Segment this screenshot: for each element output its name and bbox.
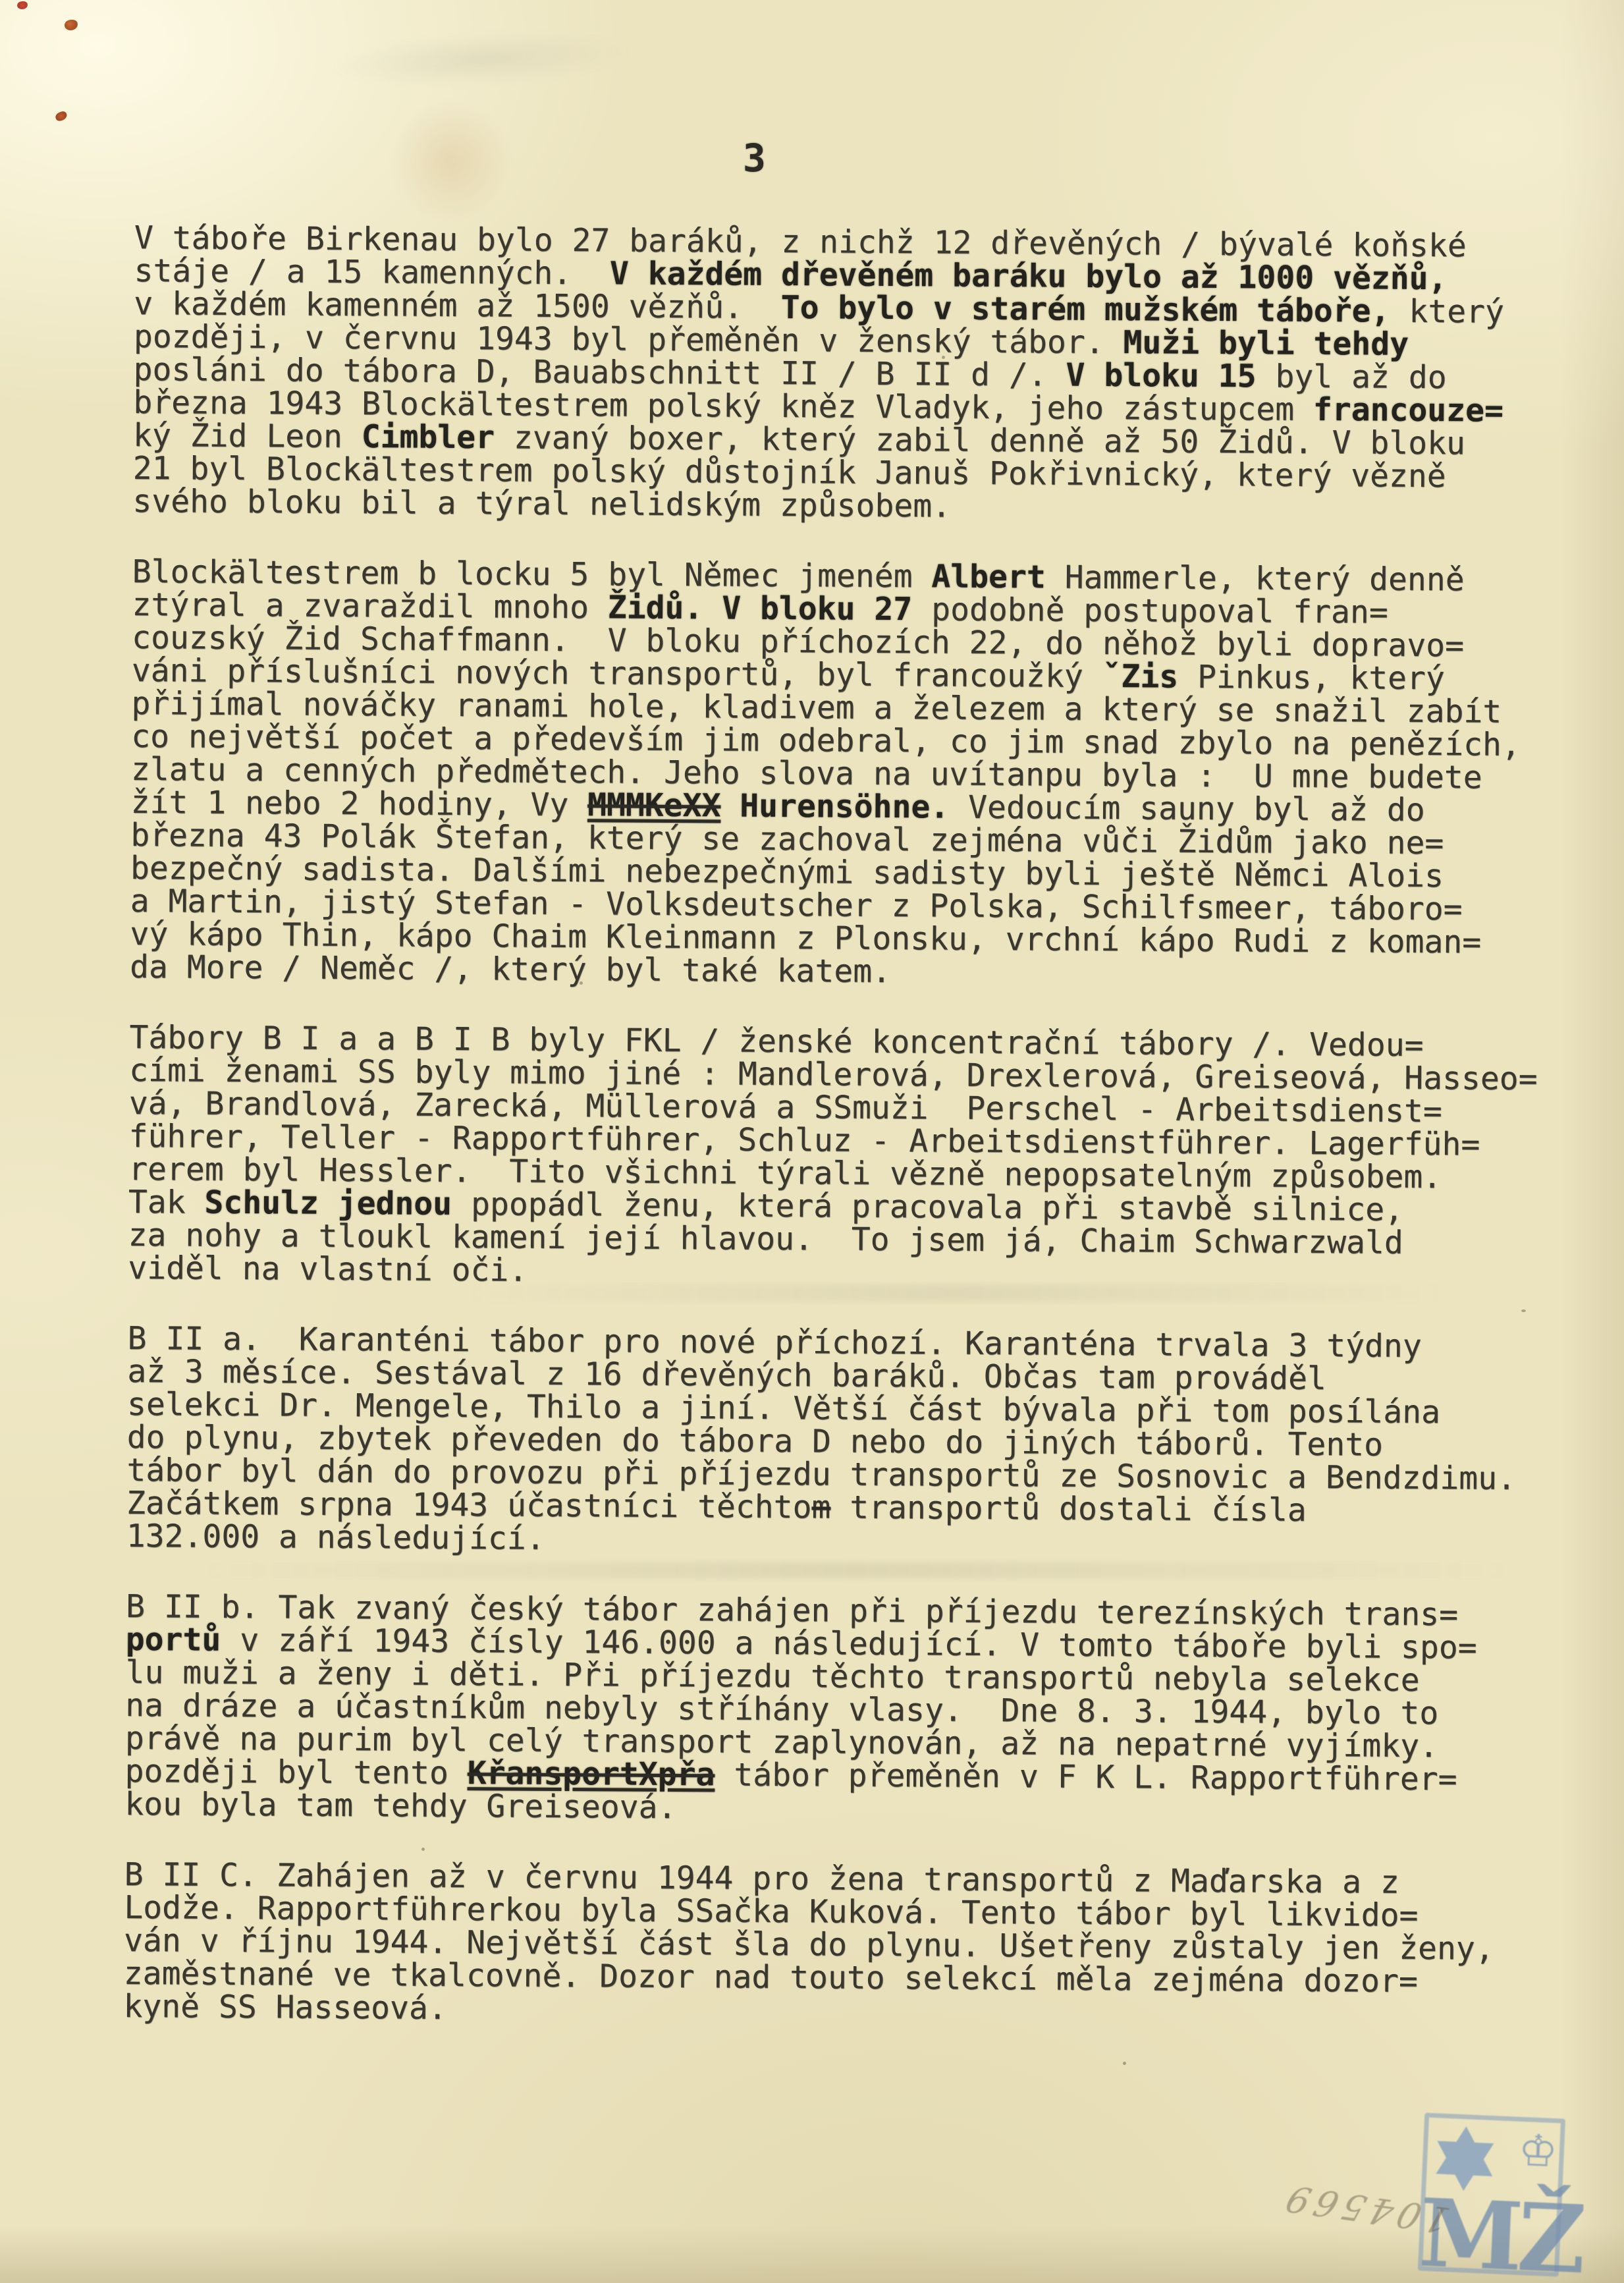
paper-stain bbox=[389, 99, 514, 224]
text-segment: transportů dostali čísla bbox=[830, 1489, 1307, 1528]
page-number: 3 bbox=[743, 136, 766, 180]
text-segment: da More / Neměc /, který byl také katem. bbox=[130, 949, 891, 990]
rust-speck bbox=[65, 20, 78, 30]
paragraph: B II b. Tak zvaný český tábor zahájen př… bbox=[124, 1590, 1555, 1829]
text-segment: viděl na vlastní oči. bbox=[128, 1250, 528, 1289]
text-segment: MMMKeXX bbox=[587, 786, 721, 824]
text-segment: jednou bbox=[338, 1185, 452, 1223]
text-segment: Schulz bbox=[204, 1184, 319, 1222]
text-segment: kou byla tam tehdy Greiseová. bbox=[124, 1786, 676, 1826]
crown-icon: ♔ bbox=[1517, 2129, 1558, 2174]
text-segment: byl až do bbox=[1256, 358, 1446, 396]
text-segment: francouze= bbox=[1313, 391, 1503, 429]
text-segment: V bloku 15 bbox=[1066, 357, 1256, 395]
text-segment: portů bbox=[126, 1621, 221, 1659]
text-segment: který bbox=[1390, 293, 1504, 331]
rust-speck bbox=[54, 110, 68, 122]
text-segment bbox=[319, 1185, 338, 1222]
museum-stamp: ♔ MŽ bbox=[1418, 2112, 1565, 2276]
text-segment: ˇZis bbox=[1102, 658, 1178, 696]
paragraph: B II C. Zahájen až v červnu 1944 pro žen… bbox=[123, 1858, 1553, 2031]
text-segment: tábor přeměněn v F K L. Rapportführer= bbox=[715, 1756, 1457, 1798]
paragraph: B II a. Karanténi tábor pro nové příchoz… bbox=[126, 1322, 1557, 1561]
text-segment: svého bloku bil a týral nelidským způsob… bbox=[132, 483, 951, 525]
text-segment: Albert bbox=[931, 558, 1046, 595]
rust-speck bbox=[17, 1, 28, 9]
document-body: V táboře Birkenau bylo 27 baráků, z nich… bbox=[123, 221, 1563, 2069]
text-segment: m bbox=[811, 1489, 830, 1526]
text-segment: Cimbler bbox=[362, 418, 495, 456]
text-segment: Tak bbox=[128, 1184, 205, 1221]
paragraph: Blockältestrem b locku 5 byl Němec jmené… bbox=[130, 555, 1561, 992]
document-page: 3 V táboře Birkenau bylo 27 baráků, z ni… bbox=[0, 0, 1624, 2283]
text-segment: kyně SS Hasseová. bbox=[123, 1988, 447, 2027]
paper-stain bbox=[328, 25, 634, 94]
paragraph: Tábory B I a a B I B byly FKL / ženské k… bbox=[128, 1021, 1558, 1293]
text-segment: 132.000 a následující. bbox=[126, 1518, 545, 1557]
paragraph: V táboře Birkenau bylo 27 baráků, z nich… bbox=[132, 221, 1563, 526]
